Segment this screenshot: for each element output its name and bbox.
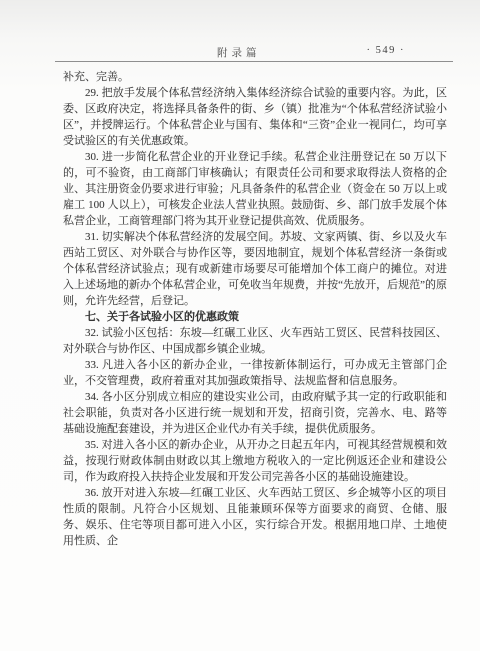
paragraph-30: 30. 进一步简化私营企业的开业登记手续。私营企业注册登记在 50 万以下的，可… [63,149,447,229]
page-header: 附录篇 · 549 · [55,44,453,62]
section-heading: 七、关于各试验小区的优惠政策 [63,309,447,325]
paragraph-32: 32. 试验小区包括：东坡—红碾工业区、火车西站工贸区、民营科技园区、对外联合与… [63,325,447,357]
paragraph-33: 33. 凡进入各小区的新办企业，一律按新体制运行，可办成无主管部门企业，不交管理… [63,357,447,389]
book-page: 附录篇 · 549 · 补充、完善。 29. 把放手发展个体私营经济纳入集体经济… [55,44,453,549]
running-head: 附录篇 [217,45,261,60]
paragraph-36: 36. 放开对进入东坡—红碾工业区、火车西站工贸区、乡企城等小区的项目性质的限制… [63,485,447,549]
page-number: · 549 · [367,45,406,56]
paragraph-34: 34. 各小区分别成立相应的建设实业公司，由政府赋予其一定的行政职能和社会职能，… [63,389,447,437]
paragraph-35: 35. 对进入各小区的新办企业，从开办之日起五年内，可视其经营规模和效益，按现行… [63,437,447,485]
paragraph-29: 29. 把放手发展个体私营经济纳入集体经济综合试验的重要内容。为此，区委、区政府… [63,85,447,149]
paragraph-31: 31. 切实解决个体私营经济的发展空间。苏坡、文家两镇、街、乡以及火车西站工贸区… [63,229,447,309]
paragraph-continuation: 补充、完善。 [63,69,447,85]
page-body: 补充、完善。 29. 把放手发展个体私营经济纳入集体经济综合试验的重要内容。为此… [63,69,447,549]
